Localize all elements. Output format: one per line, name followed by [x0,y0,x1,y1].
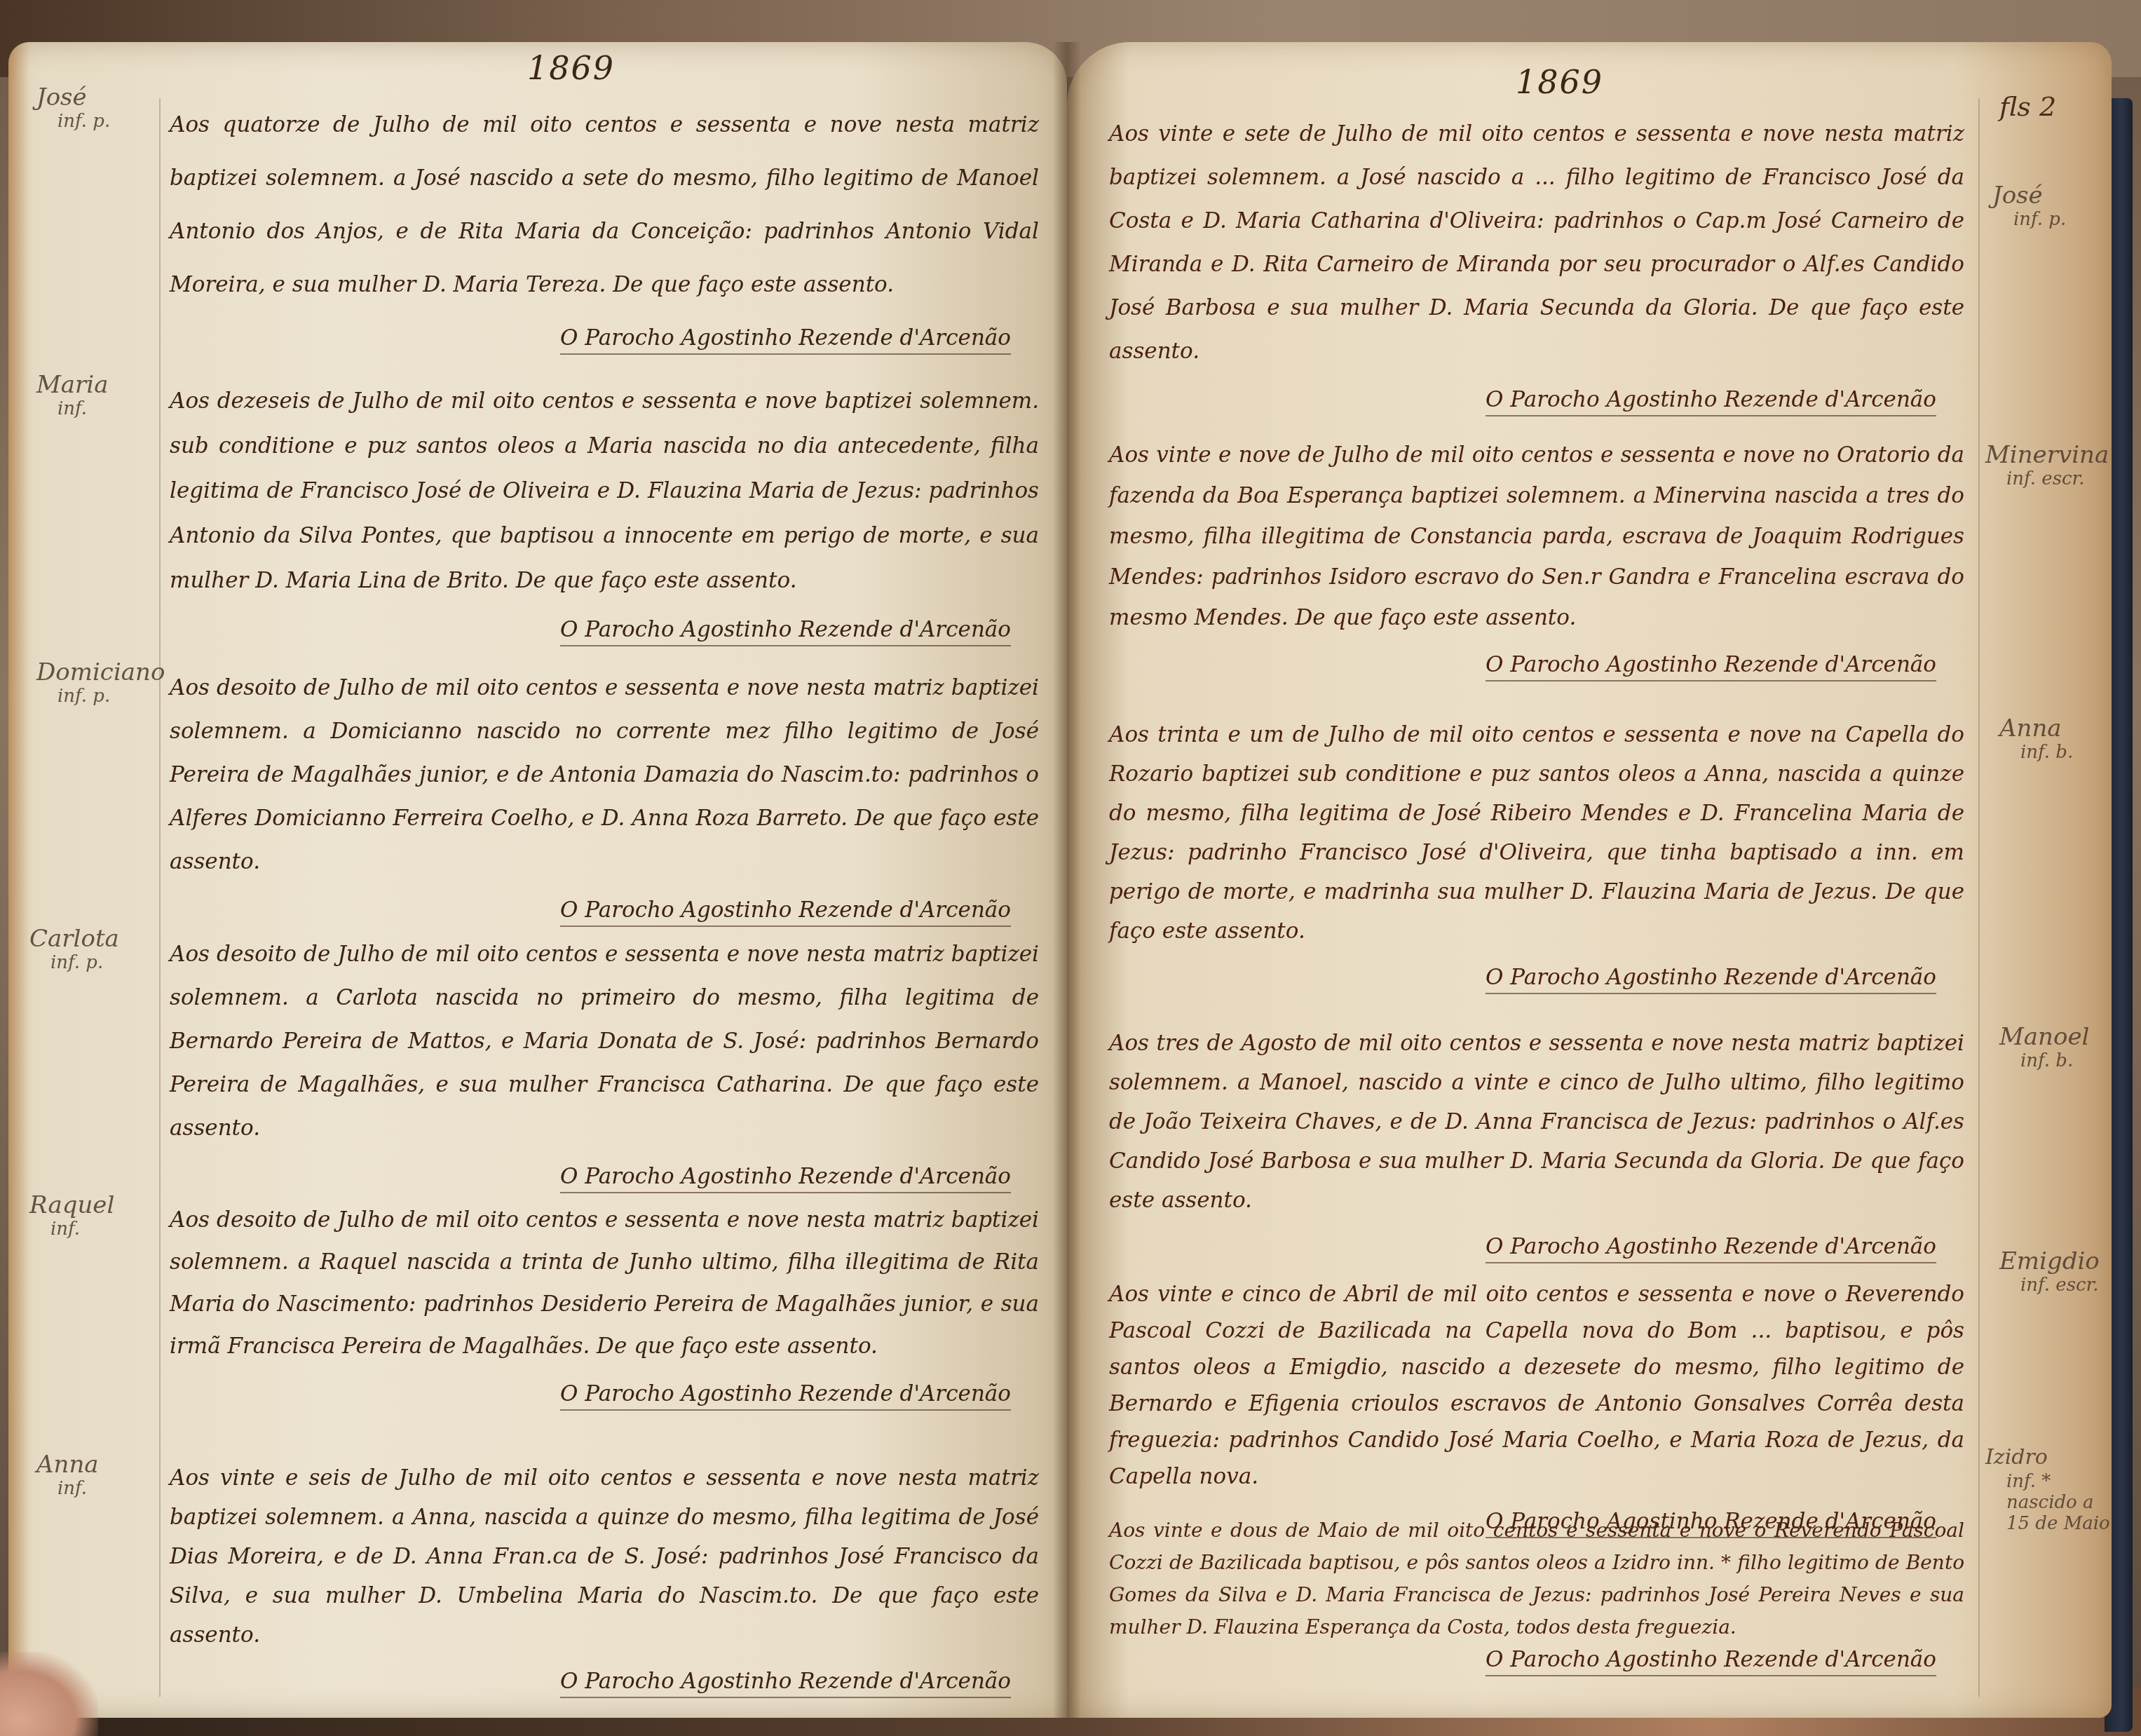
margin-rule [159,98,161,1697]
priest-signature: O Parocho Agostinho Rezende d'Arcenão [1109,1220,1964,1273]
baptism-entry: Aos tres de Agosto de mil oito centos e … [1109,1024,1964,1273]
margin-name-entry-6: Izidro inf. * nascido a 15 de Maio [1985,1444,2112,1534]
baptism-entry: Aos vinte e dous de Maio de mil oito cen… [1109,1514,1964,1676]
priest-signature: O Parocho Agostinho Rezende d'Arcenão [170,883,1039,937]
left-page: 1869 José inf. p. Aos quatorze de Julho … [8,42,1067,1718]
baptism-entry: Aos vinte e cinco de Abril de mil oito c… [1109,1276,1964,1548]
page-year: 1869 [527,49,615,87]
entry-text: Aos desoito de Julho de mil oito centos … [170,666,1039,883]
entry-text: Aos vinte e sete de Julho de mil oito ce… [1109,112,1964,373]
thumb [0,1652,98,1736]
baptism-entry: Aos vinte e sete de Julho de mil oito ce… [1109,112,1964,426]
priest-signature: O Parocho Agostinho Rezende d'Arcenão [1109,1643,1964,1676]
margin-name-entry-4: Carlota inf. p. [29,925,119,973]
entry-text: Aos vinte e dous de Maio de mil oito cen… [1109,1514,1964,1643]
margin-name-entry-2: Maria inf. [36,372,108,419]
page-year: 1869 [1516,63,1603,101]
margin-name-entry-5: Emigdio inf. escr. [1999,1248,2100,1296]
entry-text: Aos vinte e nove de Julho de mil oito ce… [1109,435,1964,638]
priest-signature: O Parocho Agostinho Rezende d'Arcenão [1109,373,1964,426]
entry-text: Aos desoito de Julho de mil oito centos … [170,1199,1039,1367]
baptism-entry: Aos trinta e um de Julho de mil oito cen… [1109,715,1964,1004]
entry-text: Aos vinte e seis de Julho de mil oito ce… [170,1458,1039,1655]
margin-rule [1978,98,1980,1697]
entry-text: Aos quatorze de Julho de mil oito centos… [170,98,1039,311]
baptism-entry: Aos vinte e nove de Julho de mil oito ce… [1109,435,1964,691]
folio-number: fls 2 [1999,91,2056,122]
baptism-entry: Aos quatorze de Julho de mil oito centos… [170,98,1039,365]
priest-signature: O Parocho Agostinho Rezende d'Arcenão [170,1655,1039,1708]
priest-signature: O Parocho Agostinho Rezende d'Arcenão [170,1150,1039,1203]
baptism-entry: Aos dezeseis de Julho de mil oito centos… [170,379,1039,656]
open-register-book: 1869 José inf. p. Aos quatorze de Julho … [8,42,2133,1718]
margin-name-entry-3: Anna inf. b. [1999,715,2073,763]
entry-text: Aos tres de Agosto de mil oito centos e … [1109,1024,1964,1220]
priest-signature: O Parocho Agostinho Rezende d'Arcenão [170,311,1039,365]
right-page: 1869 fls 2 Aos vinte e sete de Julho de … [1067,42,2112,1718]
baptism-entry: Aos desoito de Julho de mil oito centos … [170,933,1039,1203]
baptism-entry: Aos desoito de Julho de mil oito centos … [170,1199,1039,1420]
margin-name-entry-1: José inf. p. [1992,182,2066,230]
priest-signature: O Parocho Agostinho Rezende d'Arcenão [1109,638,1964,691]
baptism-entry: Aos desoito de Julho de mil oito centos … [170,666,1039,937]
entry-text: Aos trinta e um de Julho de mil oito cen… [1109,715,1964,951]
baptism-entry: Aos vinte e seis de Julho de mil oito ce… [170,1458,1039,1708]
margin-name-entry-4: Manoel inf. b. [1999,1024,2089,1071]
margin-name-entry-5: Raquel inf. [29,1192,114,1240]
margin-name-entry-2: Minervina inf. escr. [1985,442,2109,489]
entry-text: Aos desoito de Julho de mil oito centos … [170,933,1039,1150]
priest-signature: O Parocho Agostinho Rezende d'Arcenão [170,1367,1039,1420]
entry-text: Aos dezeseis de Julho de mil oito centos… [170,379,1039,603]
margin-name-entry-3: Domiciano inf. p. [36,659,165,707]
entry-text: Aos vinte e cinco de Abril de mil oito c… [1109,1276,1964,1495]
priest-signature: O Parocho Agostinho Rezende d'Arcenão [1109,951,1964,1004]
margin-name-entry-6: Anna inf. [36,1451,99,1499]
priest-signature: O Parocho Agostinho Rezende d'Arcenão [170,603,1039,656]
margin-name-entry-1: José inf. p. [36,84,110,132]
book-gutter [1053,42,1081,1718]
